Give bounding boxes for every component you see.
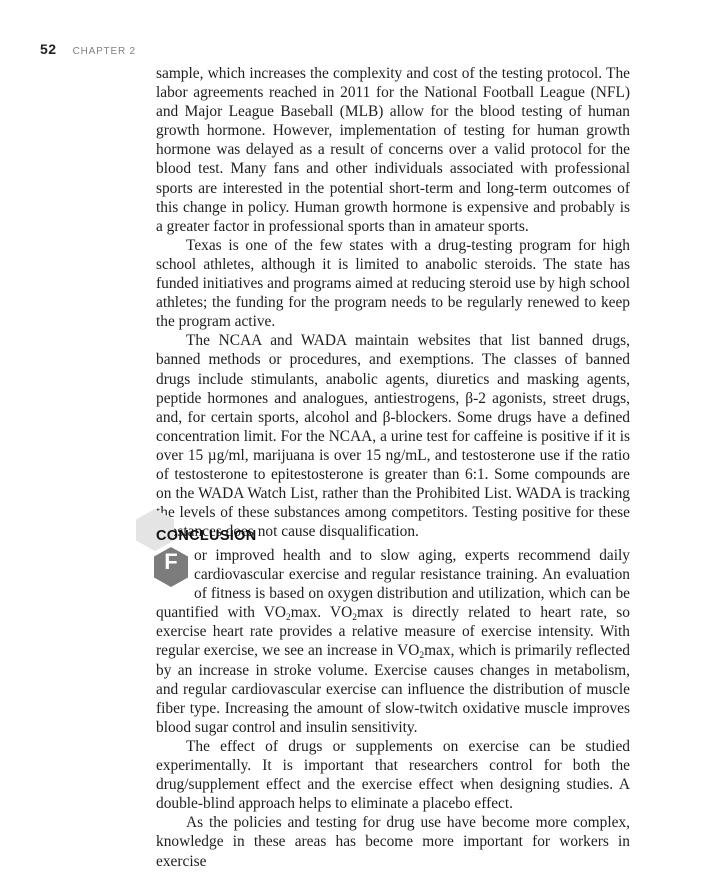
section-heading: CONCLUSION (156, 528, 256, 544)
drop-cap: F (154, 548, 190, 586)
page-number: 52 (40, 41, 57, 57)
body-text-conclusion: F or improved health and to slow aging, … (156, 546, 630, 871)
chapter-label: CHAPTER 2 (73, 46, 136, 57)
section-heading-block: CONCLUSION (133, 508, 433, 548)
paragraph: sample, which increases the complexity a… (156, 64, 630, 236)
running-head: 52 CHAPTER 2 (40, 41, 136, 57)
body-text-top: sample, which increases the complexity a… (156, 64, 630, 541)
paragraph-dropcap: F or improved health and to slow aging, … (156, 546, 630, 737)
paragraph: The effect of drugs or supplements on ex… (156, 737, 630, 813)
drop-cap-letter: F (154, 552, 188, 571)
paragraph: Texas is one of the few states with a dr… (156, 236, 630, 331)
paragraph: As the policies and testing for drug use… (156, 813, 630, 870)
